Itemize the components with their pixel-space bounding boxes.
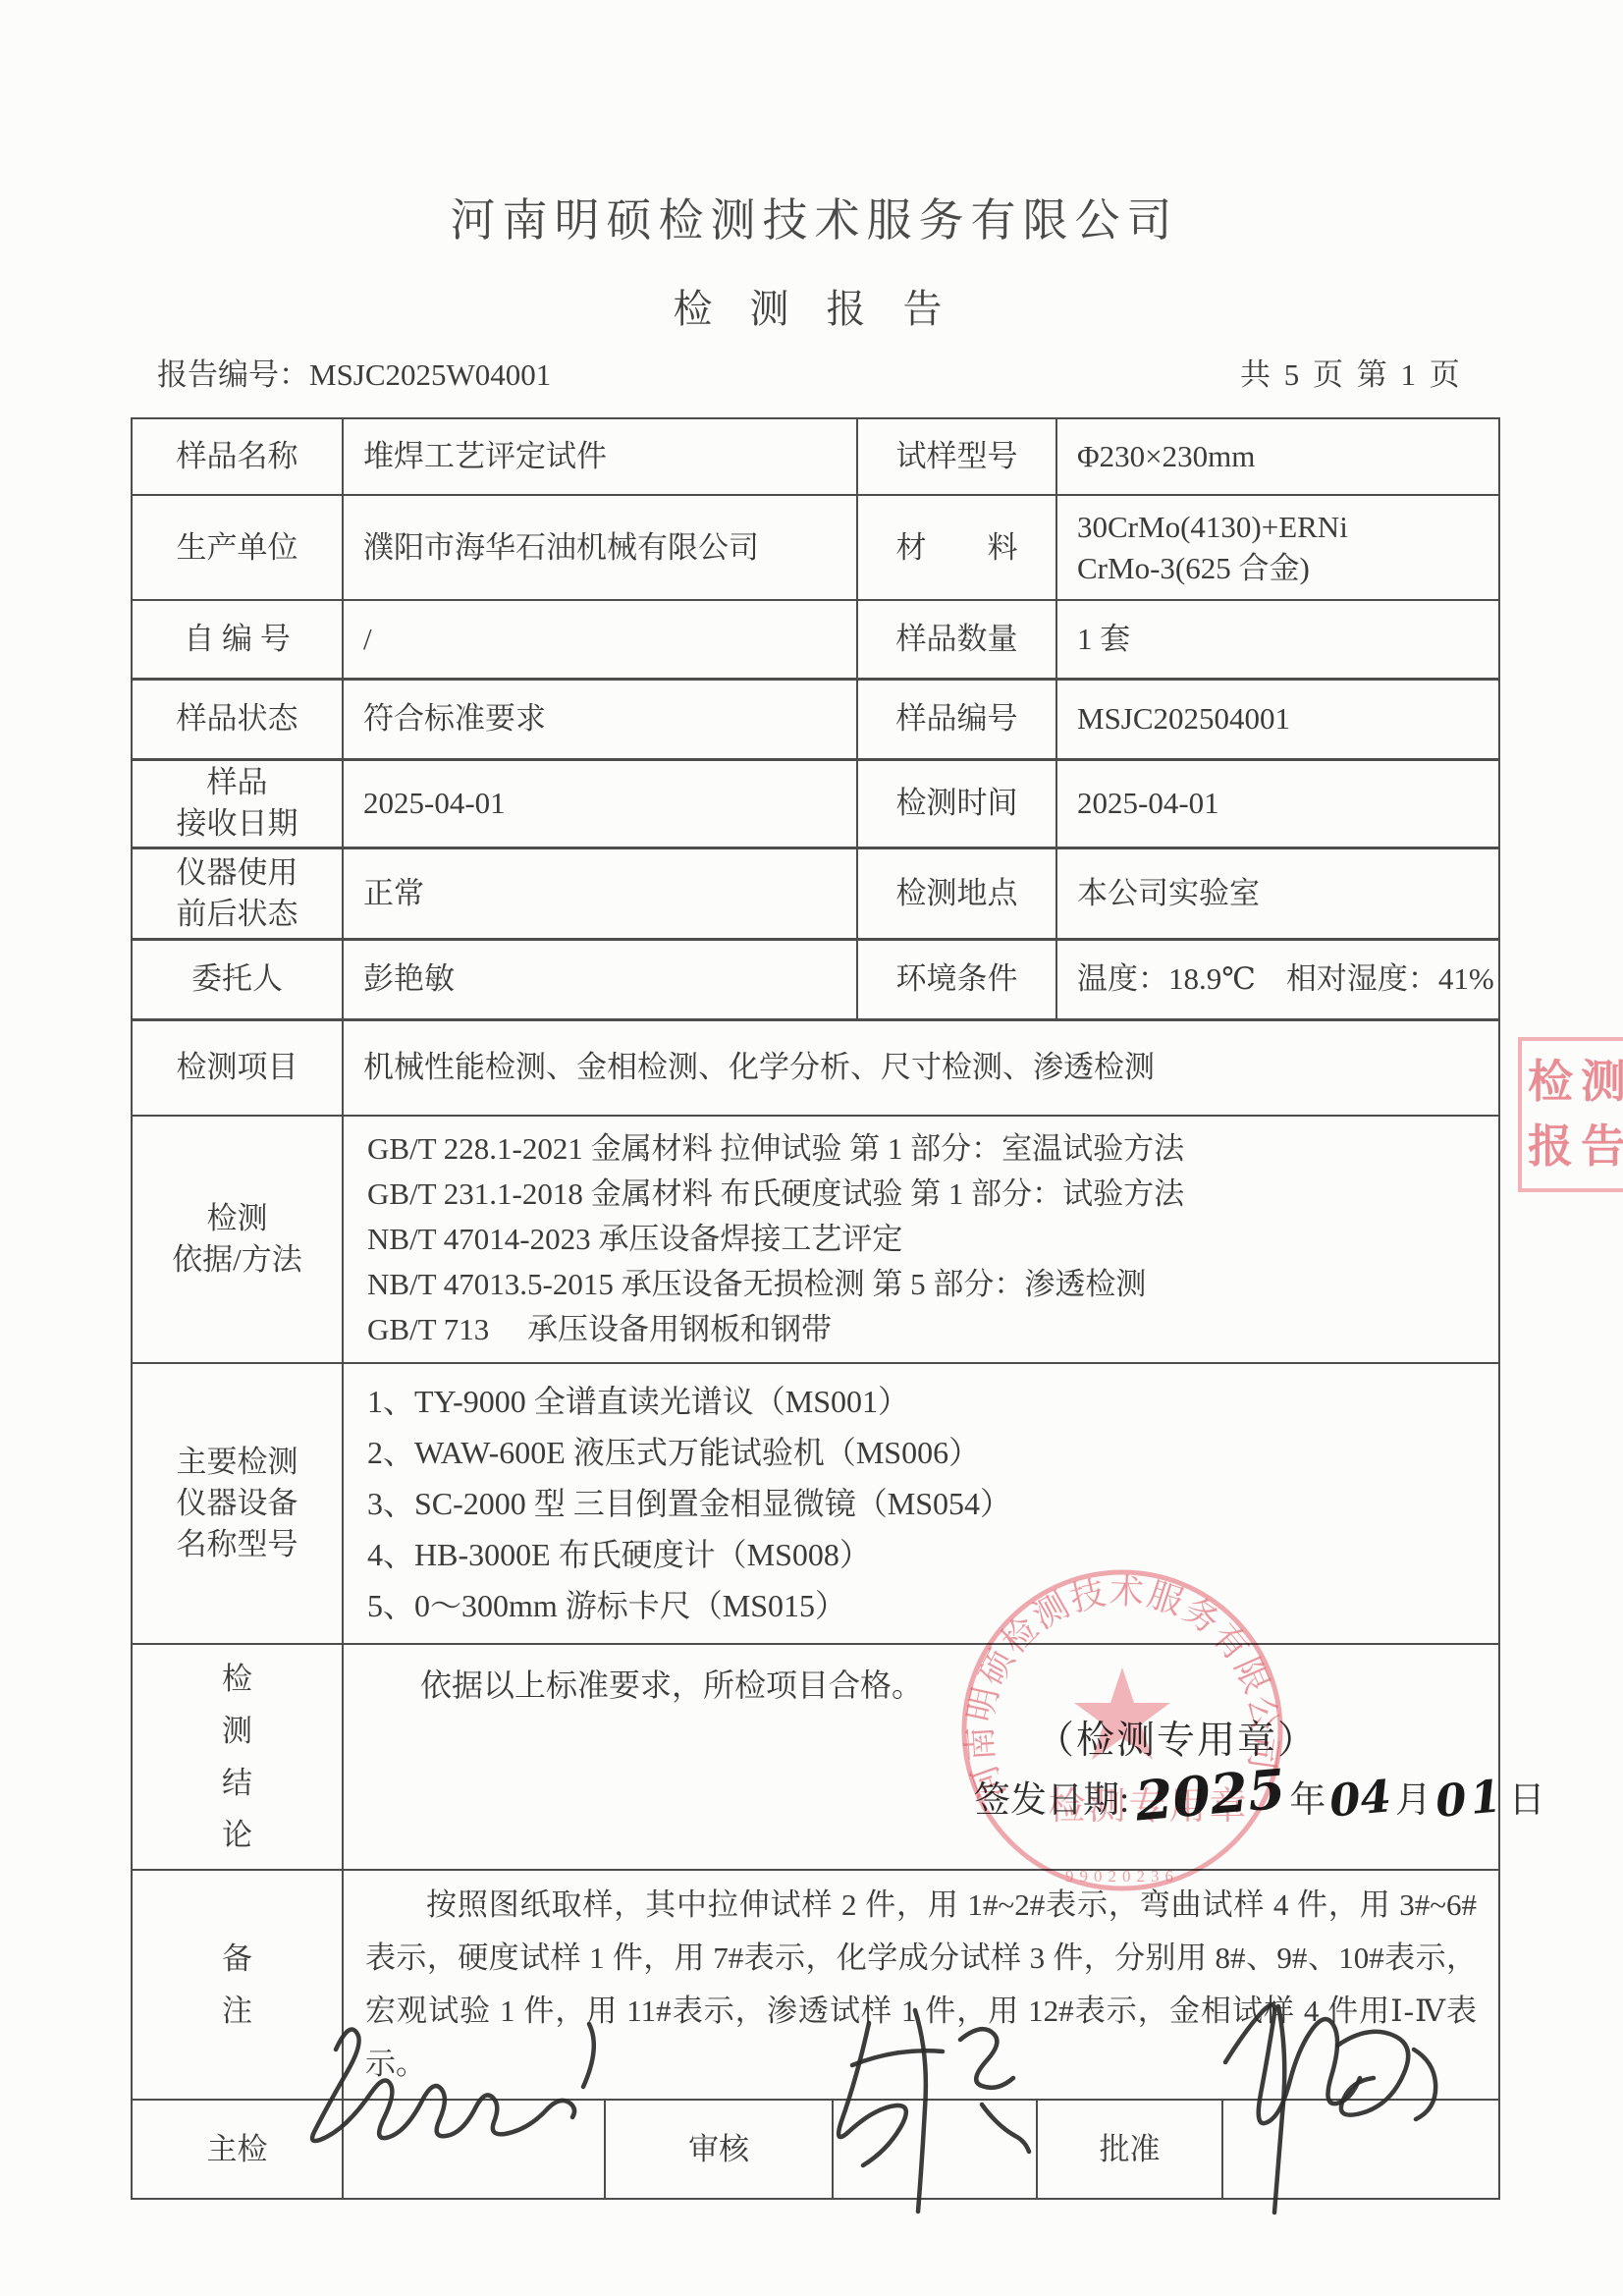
material-label: 材 料 xyxy=(857,495,1056,600)
sample-qty-value: 1 套 xyxy=(1056,600,1499,679)
test-place-label: 检测地点 xyxy=(857,847,1056,939)
side-stamp-row1: 检测 xyxy=(1528,1050,1623,1115)
producer-value: 濮阳市海华石油机械有限公司 xyxy=(343,495,857,600)
test-items-value: 机械性能检测、金相检测、化学分析、尺寸检测、渗透检测 xyxy=(343,1019,1499,1116)
seal-star-icon xyxy=(1074,1667,1170,1760)
conclusion-label: 检 测 结 论 xyxy=(132,1644,343,1870)
table-row: 仪器使用 前后状态 正常 检测地点 本公司实验室 xyxy=(132,847,1499,939)
client-value: 彭艳敏 xyxy=(343,939,857,1019)
side-stamp-inspection-report: 检测 报告 xyxy=(1518,1037,1623,1192)
reviewer-signature xyxy=(839,2010,1029,2212)
scanned-report-page: { "header": { "company_name": "河南明硕检测技术服… xyxy=(0,0,1623,2296)
environment-label: 环境条件 xyxy=(857,939,1056,1019)
sample-qty-label: 样品数量 xyxy=(857,600,1056,679)
signatures-overlay xyxy=(295,1989,1512,2244)
issue-month-unit: 月 xyxy=(1395,1780,1432,1821)
table-row: 样品状态 符合标准要求 样品编号 MSJC202504001 xyxy=(132,679,1499,759)
issue-day-unit: 日 xyxy=(1509,1780,1545,1821)
specimen-model-label: 试样型号 xyxy=(857,418,1056,495)
table-row: 生产单位 濮阳市海华石油机械有限公司 材 料 30CrMo(4130)+ERNi… xyxy=(132,495,1499,600)
environment-value: 温度：18.9℃ 相对湿度：41% xyxy=(1056,939,1499,1019)
instrument-state-value: 正常 xyxy=(343,847,857,939)
test-place-value: 本公司实验室 xyxy=(1056,847,1499,939)
sample-number-value: MSJC202504001 xyxy=(1056,679,1499,759)
client-label: 委托人 xyxy=(132,939,343,1019)
approver-signature xyxy=(1225,2004,1435,2213)
self-number-label: 自 编 号 xyxy=(132,600,343,679)
producer-label: 生产单位 xyxy=(132,495,343,600)
table-row: 自 编 号 / 样品数量 1 套 xyxy=(132,600,1499,679)
sample-name-value: 堆焊工艺评定试件 xyxy=(343,418,857,495)
sample-state-label: 样品状态 xyxy=(132,679,343,759)
test-time-label: 检测时间 xyxy=(857,759,1056,847)
table-row: 样品名称 堆焊工艺评定试件 试样型号 Φ230×230mm xyxy=(132,418,1499,495)
report-number: 报告编号：MSJC2025W04001 xyxy=(157,350,551,394)
chief-inspector-signature xyxy=(312,2024,594,2141)
test-time-value: 2025-04-01 xyxy=(1056,759,1499,847)
table-row: 样品 接收日期 2025-04-01 检测时间 2025-04-01 xyxy=(132,759,1499,847)
receive-date-label: 样品 接收日期 xyxy=(132,759,343,847)
test-methods-label: 检测 依据/方法 xyxy=(132,1116,343,1363)
side-stamp-row2: 报告 xyxy=(1528,1115,1623,1179)
test-items-label: 检测项目 xyxy=(132,1019,343,1116)
instrument-state-label: 仪器使用 前后状态 xyxy=(132,847,343,939)
table-row: 委托人 彭艳敏 环境条件 温度：18.9℃ 相对湿度：41% xyxy=(132,939,1499,1019)
table-row: 检测 依据/方法 GB/T 228.1-2021 金属材料 拉伸试验 第 1 部… xyxy=(132,1116,1499,1363)
material-value: 30CrMo(4130)+ERNi CrMo-3(625 合金) xyxy=(1056,495,1499,600)
self-number-value: / xyxy=(343,600,857,679)
specimen-model-value: Φ230×230mm xyxy=(1056,418,1499,495)
table-row: 检测项目 机械性能检测、金相检测、化学分析、尺寸检测、渗透检测 xyxy=(132,1019,1499,1116)
issue-day-handwritten: 01 xyxy=(1434,1770,1507,1828)
seal-code-text: 99020236 xyxy=(1065,1867,1179,1886)
instruments-label: 主要检测 仪器设备 名称型号 xyxy=(132,1363,343,1644)
sample-number-label: 样品编号 xyxy=(857,679,1056,759)
document-title: 检 测 报 告 xyxy=(131,278,1498,334)
company-name: 河南明硕检测技术服务有限公司 xyxy=(131,185,1498,249)
seal-type-text: 检测专用章 xyxy=(1048,1786,1249,1828)
receive-date-value: 2025-04-01 xyxy=(343,759,857,847)
sample-state-value: 符合标准要求 xyxy=(343,679,857,759)
company-round-seal: 河南明硕检测技术服务有限公司 检测专用章 99020236 xyxy=(903,1512,1345,1954)
sample-name-label: 样品名称 xyxy=(132,418,343,495)
page-count: 共 5 页 第 1 页 xyxy=(1240,350,1463,394)
test-methods-value: GB/T 228.1-2021 金属材料 拉伸试验 第 1 部分：室温试验方法 … xyxy=(343,1116,1499,1363)
